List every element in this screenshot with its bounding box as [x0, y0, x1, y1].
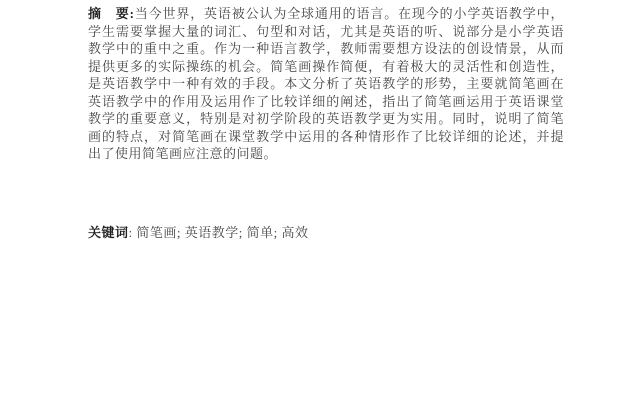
keywords-section: 关键词: 简笔画; 英语教学; 简单; 高效: [88, 224, 564, 242]
keywords-text: 简笔画; 英语教学; 简单; 高效: [136, 225, 308, 240]
abstract-line: 是英语教学中一种有效的手段。本文分析了英语教学的形势，主要就简笔画在: [88, 75, 564, 93]
abstract-line-text: 当今世界，英语被公认为全球通用的语言。在现今的小学英语教学中，: [134, 6, 564, 21]
keywords-label: 关键词: [88, 225, 129, 240]
abstract-line: 学生需要掌握大量的词汇、句型和对话，尤其是英语的听、说部分是小学英语: [88, 23, 564, 41]
abstract-line: 提供更多的实际操练的机会。简笔画操作简便，有着极大的灵活性和创造性，: [88, 58, 564, 76]
abstract-label: 摘 要:: [88, 6, 134, 21]
abstract-line: 英语教学中的作用及运用作了比较详细的阐述，指出了简笔画运用于英语课堂: [88, 93, 564, 111]
abstract-section: 摘 要:当今世界，英语被公认为全球通用的语言。在现今的小学英语教学中， 学生需要…: [88, 5, 564, 163]
abstract-line: 教学中的重中之重。作为一种语言教学，教师需要想方设法的创设情景，从而: [88, 40, 564, 58]
abstract-line: 画的特点，对简笔画在课堂教学中运用的各种情形作了比较详细的论述，并提: [88, 128, 564, 146]
abstract-line: 摘 要:当今世界，英语被公认为全球通用的语言。在现今的小学英语教学中，: [88, 5, 564, 23]
abstract-line: 出了使用简笔画应注意的问题。: [88, 145, 564, 163]
abstract-line: 教学的重要意义，特别是对初学阶段的英语教学更为实用。同时，说明了简笔: [88, 110, 564, 128]
document-page: 摘 要:当今世界，英语被公认为全球通用的语言。在现今的小学英语教学中， 学生需要…: [0, 0, 640, 400]
